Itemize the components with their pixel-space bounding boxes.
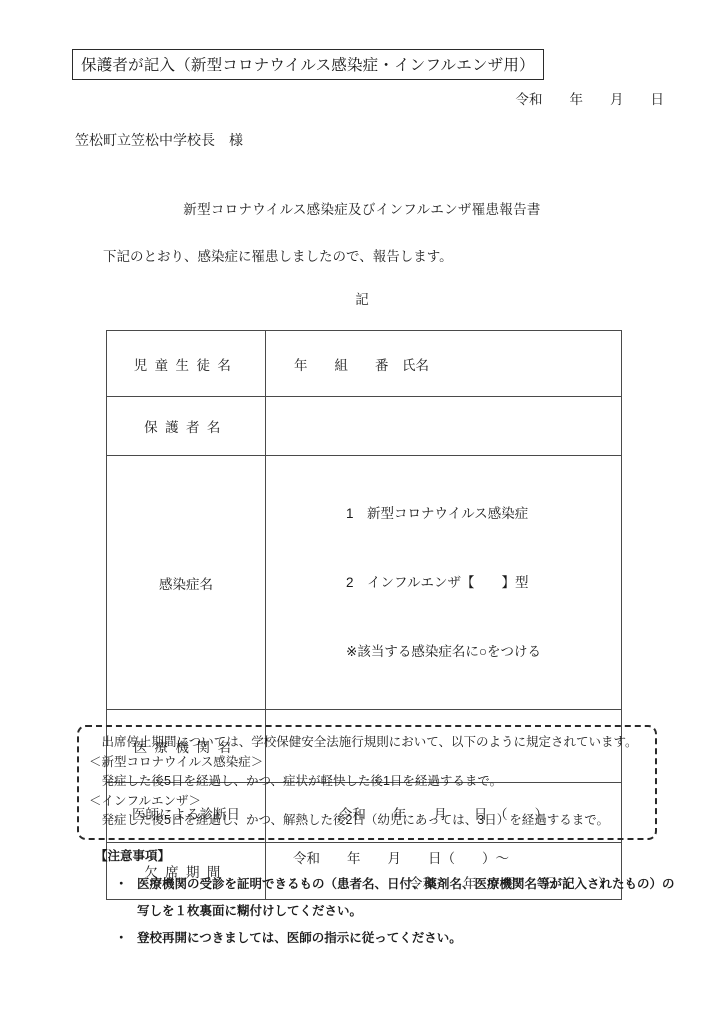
disease-option-influenza: 2 インフルエンザ【 】型 bbox=[346, 571, 541, 594]
caution-item-proof: ・ 医療機関の受診を証明できるもの（患者名、日付、薬剤名、医療機関名等が記入され… bbox=[115, 871, 680, 925]
table-row-guardian-name: 保護者名 bbox=[107, 397, 622, 456]
notice-line-covid-heading: ＜新型コロナウイルス感染症＞ bbox=[89, 753, 645, 773]
date-line: 令和 年 月 日 bbox=[0, 88, 664, 108]
addressee-line: 笠松町立笠松中学校長 様 bbox=[75, 130, 243, 150]
disease-options: 1 新型コロナウイルス感染症 2 インフルエンザ【 】型 ※該当する感染症名に○… bbox=[346, 456, 541, 709]
intro-sentence: 下記のとおり、感染症に罹患しましたので、報告します。 bbox=[103, 245, 453, 265]
document-title: 新型コロナウイルス感染症及びインフルエンザ罹患報告書 bbox=[0, 198, 724, 218]
disease-option-covid: 1 新型コロナウイルス感染症 bbox=[346, 502, 541, 525]
caution-item-return: ・ 登校再開につきましては、医師の指示に従ってください。 bbox=[115, 925, 680, 952]
caution-proof-line-1: 医療機関の受診を証明できるもの（患者名、日付、薬剤名、医療機関名等が記入されたも… bbox=[137, 871, 680, 898]
boxed-header-title: 保護者が記入（新型コロナウイルス感染症・インフルエンザ用） bbox=[72, 49, 544, 80]
caution-return-line-1: 登校再開につきましては、医師の指示に従ってください。 bbox=[137, 925, 680, 952]
cautions-heading: 【注意事項】 bbox=[95, 843, 680, 870]
boxed-header-title-text: 保護者が記入（新型コロナウイルス感染症・インフルエンザ用） bbox=[81, 57, 535, 74]
student-name-field: 年 組 番 氏名 bbox=[266, 354, 621, 374]
notice-line-influenza-rule: 発症した後5日を経過し、かつ、解熱した後2日（幼児にあっては、3日）を経過するま… bbox=[89, 811, 645, 831]
disease-circle-note: ※該当する感染症名に○をつける bbox=[346, 640, 541, 663]
row-label-disease-name: 感染症名 bbox=[159, 577, 213, 592]
row-label-student-name: 児童生徒名 bbox=[134, 358, 239, 373]
attendance-suspension-notice-box: 出席停止期間については、学校保健安全法施行規則において、以下のように規定されてい… bbox=[77, 725, 657, 840]
notice-line-covid-rule: 発症した後5日を経過し、かつ、症状が軽快した後1日を経過するまで。 bbox=[89, 772, 645, 792]
bullet-icon: ・ bbox=[115, 925, 137, 952]
table-row-disease-name: 感染症名 1 新型コロナウイルス感染症 2 インフルエンザ【 】型 ※該当する感… bbox=[107, 456, 622, 710]
row-label-guardian-name: 保護者名 bbox=[144, 420, 228, 435]
notice-line-influenza-heading: ＜インフルエンザ＞ bbox=[89, 792, 645, 812]
document-page: 保護者が記入（新型コロナウイルス感染症・インフルエンザ用） 令和 年 月 日 笠… bbox=[0, 0, 724, 1024]
ki-marker: 記 bbox=[0, 288, 724, 308]
notice-line-regulation: 出席停止期間については、学校保健安全法施行規則において、以下のように規定されてい… bbox=[89, 733, 645, 753]
table-row-student-name: 児童生徒名 年 組 番 氏名 bbox=[107, 331, 622, 397]
caution-proof-line-2: 写しを１枚裏面に糊付けしてください。 bbox=[137, 898, 680, 925]
bullet-icon: ・ bbox=[115, 871, 137, 925]
cautions-section: 【注意事項】 ・ 医療機関の受診を証明できるもの（患者名、日付、薬剤名、医療機関… bbox=[95, 843, 680, 952]
